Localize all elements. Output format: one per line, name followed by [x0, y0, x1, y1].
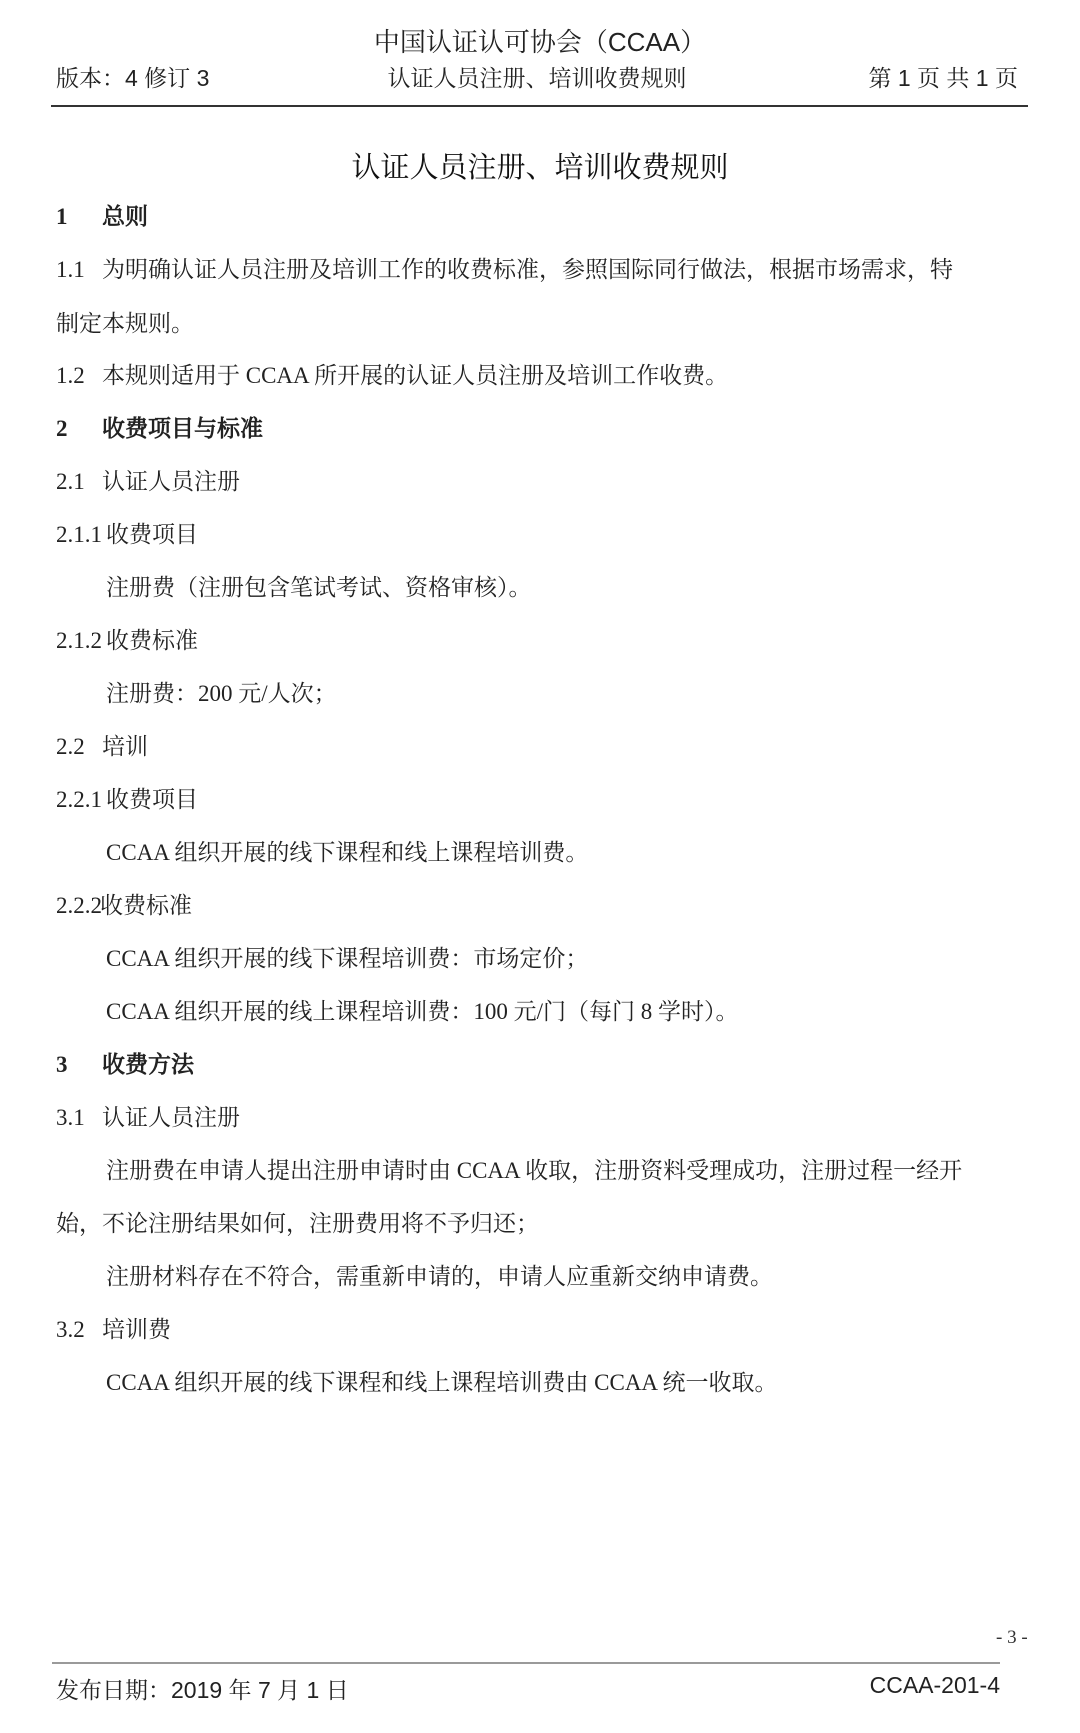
clause-2-1-2: 2.1.2收费标准: [56, 622, 198, 655]
clause-number: 1.1: [56, 257, 102, 283]
section-number: 3: [56, 1052, 102, 1078]
clause-text: 本规则适用于 CCAA 所开展的认证人员注册及培训工作收费。: [102, 363, 728, 388]
section-heading-1: 1总则: [56, 198, 148, 231]
paragraph-2-2-2-online: CCAA 组织开展的线上课程培训费：100 元/门（每门 8 学时）。: [106, 993, 739, 1026]
clause-1-1: 1.1为明确认证人员注册及培训工作的收费标准，参照国际同行做法，根据市场需求，特: [56, 251, 953, 284]
clause-2-2-2: 2.2.2收费标准: [56, 887, 192, 920]
clause-number: 2.2.2: [56, 893, 100, 919]
clause-number: 1.2: [56, 363, 102, 389]
clause-text: 收费项目: [106, 522, 198, 547]
paragraph-3-2: CCAA 组织开展的线下课程和线上课程培训费由 CCAA 统一收取。: [106, 1364, 778, 1397]
section-heading-2: 2收费项目与标准: [56, 410, 263, 443]
clause-text: 收费项目: [106, 787, 198, 812]
section-title: 总则: [102, 204, 148, 229]
clause-text: 培训费: [102, 1317, 171, 1342]
clause-text: 为明确认证人员注册及培训工作的收费标准，参照国际同行做法，根据市场需求，特: [102, 257, 953, 282]
section-heading-3: 3收费方法: [56, 1046, 194, 1079]
clause-number: 2.1.2: [56, 628, 106, 654]
section-number: 2: [56, 416, 102, 442]
paragraph-3-1-fee: 注册费在申请人提出注册申请时由 CCAA 收取，注册资料受理成功，注册过程一经开: [106, 1152, 962, 1185]
paragraph-2-1-2: 注册费：200 元/人次；: [106, 675, 337, 708]
footer-divider: [52, 1662, 1000, 1664]
clause-text: 认证人员注册: [102, 1105, 240, 1130]
header-row: 版本：4 修订 3 认证人员注册、培训收费规则 第 1 页 共 1 页: [56, 60, 1018, 92]
clause-number: 2.1: [56, 469, 102, 495]
clause-2-1-1: 2.1.1收费项目: [56, 516, 198, 549]
header-divider: [51, 105, 1028, 107]
footer-release-date: 发布日期：2019 年 7 月 1 日: [56, 1672, 349, 1705]
section-title: 收费方法: [102, 1052, 194, 1077]
clause-text: 收费标准: [100, 893, 192, 918]
paragraph-2-1-1: 注册费（注册包含笔试考试、资格审核）。: [106, 569, 532, 602]
clause-text: 认证人员注册: [102, 469, 240, 494]
paragraph-3-1-fee-continuation: 始，不论注册结果如何，注册费用将不予归还；: [56, 1205, 539, 1238]
section-number: 1: [56, 204, 102, 230]
clause-2-2-1: 2.2.1收费项目: [56, 781, 198, 814]
clause-3-2: 3.2培训费: [56, 1311, 171, 1344]
clause-number: 2.1.1: [56, 522, 106, 548]
clause-2-2: 2.2培训: [56, 728, 148, 761]
section-title: 收费项目与标准: [102, 416, 263, 441]
clause-text: 收费标准: [106, 628, 198, 653]
document-title: 认证人员注册、培训收费规则: [0, 145, 1080, 186]
clause-number: 3.2: [56, 1317, 102, 1343]
paragraph-2-2-2-offline: CCAA 组织开展的线下课程培训费：市场定价；: [106, 940, 588, 973]
clause-1-2: 1.2本规则适用于 CCAA 所开展的认证人员注册及培训工作收费。: [56, 357, 728, 390]
clause-2-1: 2.1认证人员注册: [56, 463, 240, 496]
clause-3-1: 3.1认证人员注册: [56, 1099, 240, 1132]
clause-number: 3.1: [56, 1105, 102, 1131]
clause-number: 2.2.1: [56, 787, 106, 813]
header-page-info: 第 1 页 共 1 页: [868, 60, 1018, 93]
paragraph-3-1-reapply: 注册材料存在不符合，需重新申请的，申请人应重新交纳申请费。: [106, 1258, 773, 1291]
page-number: - 3 -: [996, 1627, 1028, 1649]
footer-doc-code: CCAA-201-4: [870, 1672, 1000, 1699]
clause-number: 2.2: [56, 734, 102, 760]
header-organization: 中国认证认可协会（CCAA）: [0, 22, 1080, 59]
clause-1-1-continuation: 制定本规则。: [56, 305, 194, 338]
paragraph-2-2-1: CCAA 组织开展的线下课程和线上课程培训费。: [106, 834, 588, 867]
clause-text: 培训: [102, 734, 148, 759]
